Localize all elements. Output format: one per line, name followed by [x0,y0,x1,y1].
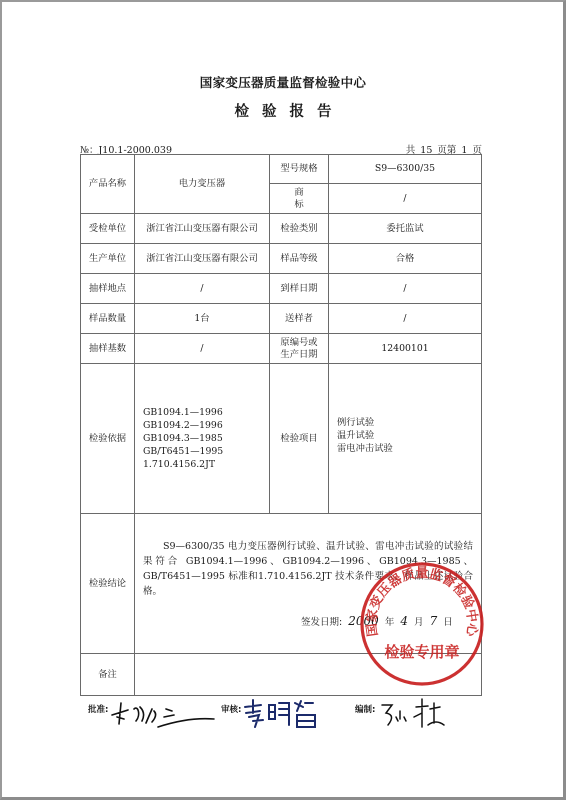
issue-date: 签发日期: 2000 年 4 月 7 日 [301,614,453,629]
conclusion-cell: S9—6300/35 电力变压器例行试验、温升试验、雷电冲击试验的试验结果符合 … [135,514,482,654]
signature-block: 批准: 审核: 编制: [88,697,488,737]
inspected-unit-label: 受检单位 [81,214,135,244]
inspection-type-value: 委托监试 [329,214,482,244]
table-row: 抽样基数 / 原编号或 生产日期 12400101 [81,334,482,364]
trademark-label: 商标 [270,184,329,214]
basis-list: GB1094.1—1996 GB1094.2—1996 GB1094.3—198… [135,364,270,514]
product-name-label: 产品名称 [81,155,135,214]
basis-item: GB/T6451—1995 [143,445,269,458]
test-item: 例行试验 [337,416,481,429]
sampling-base-value: / [135,334,270,364]
basis-label: 检验依据 [81,364,135,514]
inspection-type-label: 检验类别 [270,214,329,244]
table-row: 抽样地点 / 到样日期 / [81,274,482,304]
table-row: 备注 [81,654,482,696]
sender-label: 送样者 [270,304,329,334]
arrival-date-label: 到样日期 [270,274,329,304]
sample-grade-value: 合格 [329,244,482,274]
sample-grade-label: 样品等级 [270,244,329,274]
remarks-value [135,654,482,696]
issue-year-unit: 年 [385,617,395,628]
sample-qty-label: 样品数量 [81,304,135,334]
organization-title: 国家变压器质量监督检验中心 [0,73,566,91]
manufacturer-label: 生产单位 [81,244,135,274]
compiler-signature-icon [378,697,448,729]
basis-item: GB1094.3—1985 [143,432,269,445]
issue-month-unit: 月 [414,617,424,628]
table-row: 生产单位 浙江省江山变压器有限公司 样品等级 合格 [81,244,482,274]
manufacturer-value: 浙江省江山变压器有限公司 [135,244,270,274]
report-title: 检验报告 [0,100,566,121]
inspected-unit-value: 浙江省江山变压器有限公司 [135,214,270,244]
model-label: 型号规格 [270,155,329,184]
report-table: 产品名称 电力变压器 型号规格 S9—6300/35 商标 / 受检单位 浙江省… [80,154,482,696]
serial-label-line1: 原编号或 [270,337,328,349]
conclusion-label: 检验结论 [81,514,135,654]
basis-item: GB1094.2—1996 [143,419,269,432]
remarks-label: 备注 [81,654,135,696]
issue-year: 2000 [348,614,379,629]
sampling-base-label: 抽样基数 [81,334,135,364]
conclusion-text: S9—6300/35 电力变压器例行试验、温升试验、雷电冲击试验的试验结果符合 … [143,539,473,599]
issue-day: 7 [430,614,438,629]
compile-label: 编制: [355,703,375,715]
sampling-place-label: 抽样地点 [81,274,135,304]
model-value: S9—6300/35 [329,155,482,184]
items-label: 检验项目 [270,364,329,514]
table-row: 产品名称 电力变压器 型号规格 S9—6300/35 [81,155,482,184]
basis-item: GB1094.1—1996 [143,406,269,419]
test-items-list: 例行试验 温升试验 雷电冲击试验 [329,364,482,514]
table-row: 受检单位 浙江省江山变压器有限公司 检验类别 委托监试 [81,214,482,244]
issue-date-label: 签发日期: [301,617,342,628]
table-row: 检验结论 S9—6300/35 电力变压器例行试验、温升试验、雷电冲击试验的试验… [81,514,482,654]
reviewer-signature-icon [241,697,321,729]
conclusion-body: S9—6300/35 电力变压器例行试验、温升试验、雷电冲击试验的试验结果符合 … [143,541,473,597]
serial-label-line2: 生产日期 [270,349,328,361]
approve-label: 批准: [88,703,108,715]
sample-qty-value: 1台 [135,304,270,334]
table-row: 样品数量 1台 送样者 / [81,304,482,334]
review-label: 审核: [221,703,241,715]
basis-item: 1.710.4156.2JT [143,458,269,471]
product-name-value: 电力变压器 [135,155,270,214]
approver-signature-icon [108,697,218,729]
sampling-place-value: / [135,274,270,304]
sender-value: / [329,304,482,334]
issue-month: 4 [400,614,408,629]
arrival-date-value: / [329,274,482,304]
serial-value: 12400101 [329,334,482,364]
issue-day-unit: 日 [443,617,453,628]
serial-label: 原编号或 生产日期 [270,334,329,364]
test-item: 温升试验 [337,429,481,442]
test-item: 雷电冲击试验 [337,442,481,455]
table-row: 检验依据 GB1094.1—1996 GB1094.2—1996 GB1094.… [81,364,482,514]
trademark-value: / [329,184,482,214]
